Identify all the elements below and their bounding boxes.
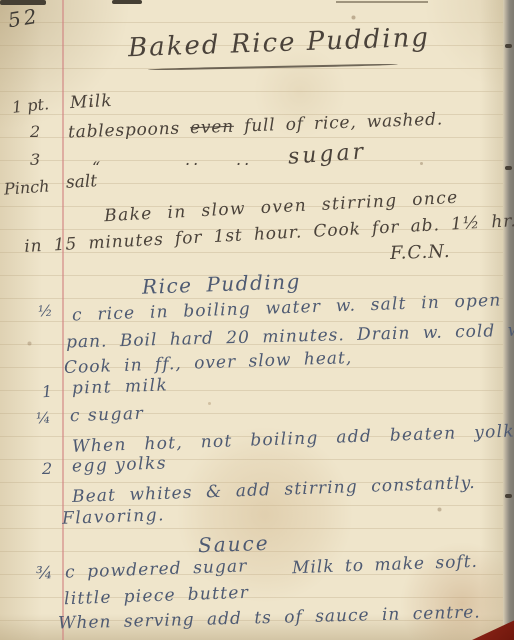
ingredient-qty: ¼ [35,411,51,427]
ingredient-item: pint milk [72,377,169,397]
ingredient-text: full of rice, washed. [234,109,444,136]
instruction-line: Milk to make soft. [292,554,478,577]
section-heading: Rice Pudding [142,271,301,297]
ditto-mark: .. [185,152,201,168]
ingredient-item: salt [66,173,98,192]
ingredient-qty: 1 [41,384,53,401]
ditto-mark: .. [236,152,252,168]
binding-stitch [505,44,512,48]
title-underline [148,63,398,70]
ingredient-item: ¾ c powdered sugar [36,558,248,582]
ingredient-item: egg yolks [72,455,168,475]
ingredient-qty: Pinch [3,178,49,197]
ingredient-qty: 2 [42,461,52,477]
recipe-title: Baked Rice Pudding [128,25,431,62]
ingredient-qty: 3 [30,152,40,168]
instruction-line: Flavoring. [62,507,166,528]
ingredient-item: c sugar [70,406,145,426]
ingredient-item: tablespoons even full of rice, washed. [68,111,443,141]
instruction-line: When serving add ts of sauce in centre. [58,604,481,632]
page-number: 52 [7,6,41,31]
ingredient-qty: 1 pt. [11,96,50,116]
page-top-shadow [0,0,46,5]
binding-stitch [505,166,512,170]
instruction-line: Cook in ff., over slow heat, [64,350,353,377]
ingredient-qty: 2 [30,124,40,140]
instruction-line: When hot, not boiling add beaten yolks [72,423,514,456]
binding-stitch [505,494,512,498]
instruction-line: c rice in boiling water w. salt in open [72,293,502,325]
page-top-shadow [112,0,142,4]
margin-line [62,0,64,640]
notebook-page: 52 Baked Rice Pudding 1 pt. Milk 2 table… [0,0,514,640]
author-initials: F.C.N. [390,243,451,263]
page-top-shadow [336,1,428,3]
instruction-line: Beat whites & add stirring constantly. [72,475,476,506]
ingredient-qty: ½ [37,304,53,320]
crossed-out-word: even [190,117,235,139]
ingredient-item: little piece butter [64,585,250,608]
section-heading: Sauce [198,533,270,555]
instruction-line: pan. Boil hard 20 minutes. Drain w. cold… [66,322,514,352]
ingredient-text: tablespoons [68,118,191,142]
ingredient-item: Milk [70,93,113,112]
ingredient-item: sugar [287,141,367,168]
